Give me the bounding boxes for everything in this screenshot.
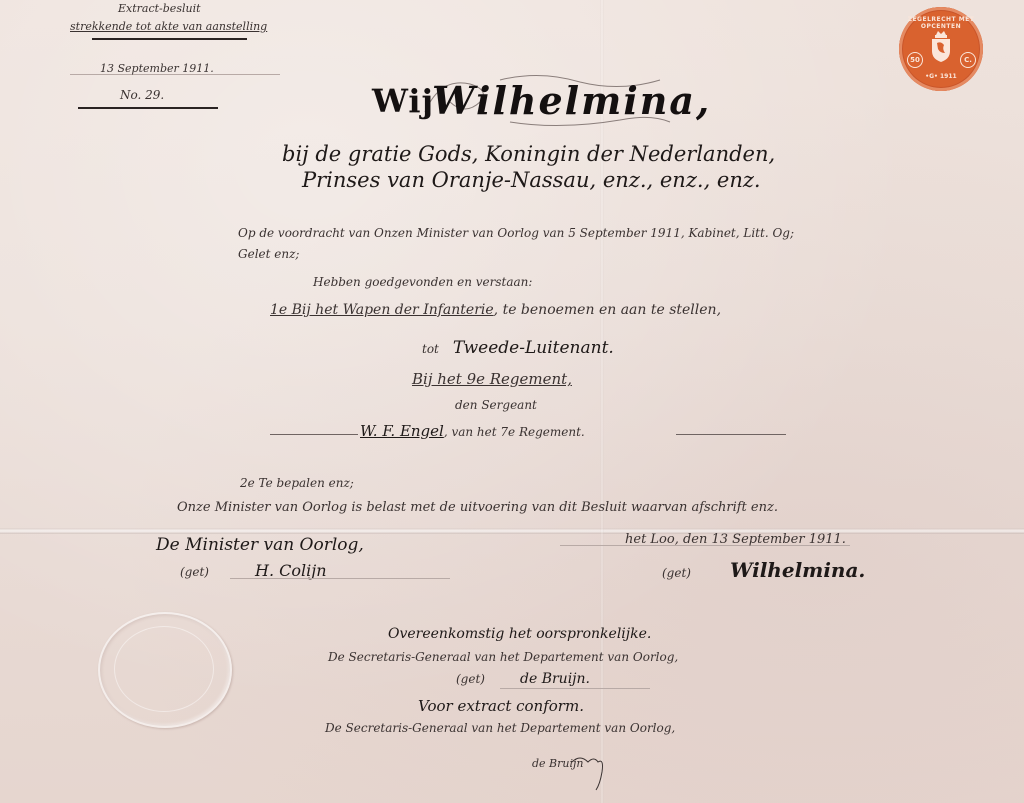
signature-place-date: het Loo, den 13 September 1911. (625, 532, 846, 547)
signature-queen-name: Wilhelmina. (730, 558, 865, 582)
certification-secretary-2: De Secretaris-Generaal van het Departeme… (325, 721, 675, 735)
body-gelet-line: Gelet enz; (238, 247, 299, 261)
body-rank: Tweede-Luitenant. (453, 338, 614, 358)
certification-secretary-1: De Secretaris-Generaal van het Departeme… (328, 650, 678, 664)
body-proposal-line: Op de voordracht van Onzen Minister van … (238, 226, 794, 240)
header-extract-subtitle: strekkende tot akte van aanstelling (70, 20, 267, 33)
signature-minister-line (230, 578, 450, 579)
body-appoint-text: , te benoemen en aan te stellen, (494, 302, 721, 318)
certification-name-line (500, 688, 650, 689)
stamp-bottom-text: •G• 1911 (899, 73, 983, 80)
body-appointee-line: W. F. Engel, van het 7e Regement. (360, 422, 585, 440)
stamp-ring-text: ZEGELRECHT MET OPCENTEN (899, 16, 983, 30)
stamp-value-unit: C. (960, 52, 976, 68)
title-subtitle-princess: Prinses van Oranje-Nassau, enz., enz., e… (302, 168, 761, 192)
body-arm-infantry: 1e Bij het Wapen der Infanterie (270, 302, 494, 318)
name-line-right (676, 434, 786, 435)
header-extract-title: Extract-besluit (118, 2, 201, 15)
revenue-stamp: ZEGELRECHT MET OPCENTEN 50 C. •G• 1911 (899, 7, 983, 91)
header-rule-2 (78, 107, 218, 109)
body-execution-clause: Onze Minister van Oorlog is belast met d… (177, 500, 778, 515)
body-arm-line: 1e Bij het Wapen der Infanterie, te beno… (270, 302, 721, 318)
certification-extract-conform: Voor extract conform. (418, 697, 584, 715)
body-decided-line: Hebben goedgevonden en verstaan: (313, 275, 532, 289)
signature-minister-title: De Minister van Oorlog, (156, 535, 364, 555)
body-clause-2: 2e Te bepalen enz; (240, 476, 354, 490)
header-date: 13 September 1911. (100, 62, 214, 75)
document-page: Extract-besluit strekkende tot akte van … (0, 0, 1024, 803)
title-wij: Wij (372, 82, 434, 120)
fold-crease-horizontal (0, 528, 1024, 534)
body-appointee-origin: , van het 7e Regement. (444, 425, 585, 439)
crowned-shield-icon (930, 29, 952, 63)
signature-queen-getl: (get) (662, 566, 691, 580)
title-subtitle-queen: bij de gratie Gods, Koningin der Nederla… (282, 142, 775, 166)
body-sergeant-label: den Sergeant (455, 398, 537, 412)
embossed-seal-icon (98, 612, 232, 728)
signature-flourish-icon (570, 752, 610, 792)
header-number: No. 29. (120, 88, 164, 102)
body-regiment: Bij het 9e Regement, (412, 370, 572, 388)
signature-minister-getl: (get) (180, 565, 209, 579)
embossed-seal-inner-ring (114, 626, 214, 712)
certification-name: de Bruijn. (520, 671, 590, 687)
certification-original: Overeenkomstig het oorspronkelijke. (388, 626, 651, 642)
certification-getl: (get) (456, 672, 485, 686)
header-rule-1 (92, 38, 247, 40)
body-rank-line: totTweede-Luitenant. (422, 338, 614, 358)
body-rank-tot: tot (422, 342, 439, 356)
name-line-left (270, 434, 358, 435)
stamp-value-number: 50 (907, 52, 923, 68)
body-appointee-name: W. F. Engel (360, 422, 444, 440)
title-wilhelmina: Wilhelmina, (432, 78, 711, 123)
